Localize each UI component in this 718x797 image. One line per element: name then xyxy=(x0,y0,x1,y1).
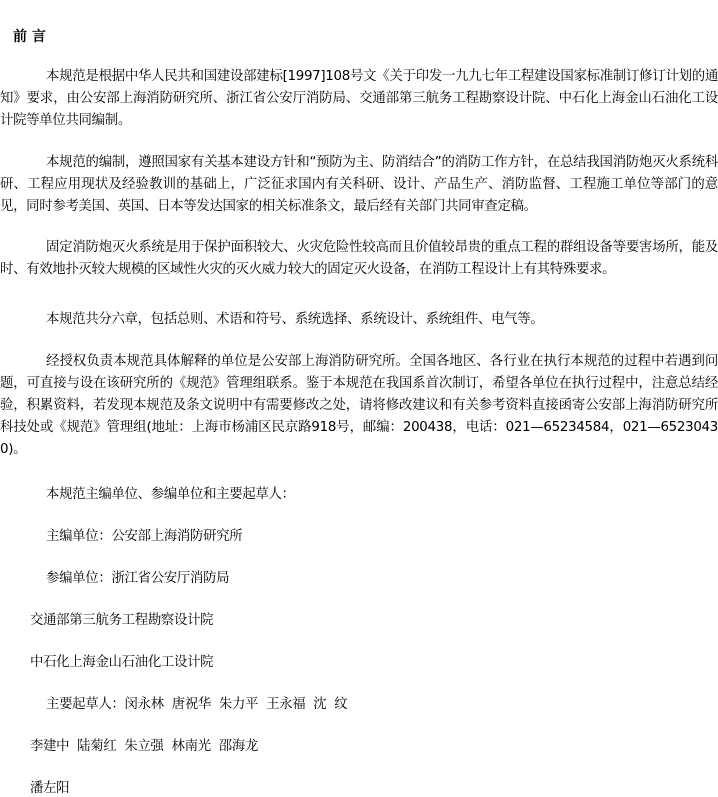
paragraph-system-purpose: 固定消防炮灭火系统是用于保护面积较大、火灾危险性较高而且价值较昂贵的重点工程的群… xyxy=(0,237,718,281)
paragraph-participating-unit-3: 中石化上海金山石油化工设计院 xyxy=(30,652,718,674)
paragraph-drafters-2: 李建中 陆菊红 朱立强 林南光 邵海龙 xyxy=(30,736,718,758)
page-title: 前 言 xyxy=(13,26,46,46)
paragraph-chief-unit: 主编单位：公安部上海消防研究所 xyxy=(0,526,718,548)
paragraph-units-intro: 本规范主编单位、参编单位和主要起草人： xyxy=(0,484,718,506)
paragraph-participating-unit: 参编单位：浙江省公安厅消防局 xyxy=(0,568,718,590)
paragraph-basis: 本规范是根据中华人民共和国建设部建标[1997]108号文《关于印发一九九七年工… xyxy=(0,66,718,132)
paragraph-participating-unit-2: 交通部第三航务工程勘察设计院 xyxy=(30,610,718,632)
paragraph-drafters: 主要起草人：闵永林 唐祝华 朱力平 王永福 沈 纹 xyxy=(0,694,718,716)
paragraph-drafters-3: 潘左阳 xyxy=(30,778,718,797)
paragraph-interpretation: 经授权负责本规范具体解释的单位是公安部上海消防研究所。全国各地区、各行业在执行本… xyxy=(0,351,718,461)
paragraph-chapters: 本规范共分六章，包括总则、术语和符号、系统选择、系统设计、系统组件、电气等。 xyxy=(0,309,718,331)
paragraph-compilation: 本规范的编制，遵照国家有关基本建设方针和“预防为主、防消结合”的消防工作方针，在… xyxy=(0,152,718,218)
